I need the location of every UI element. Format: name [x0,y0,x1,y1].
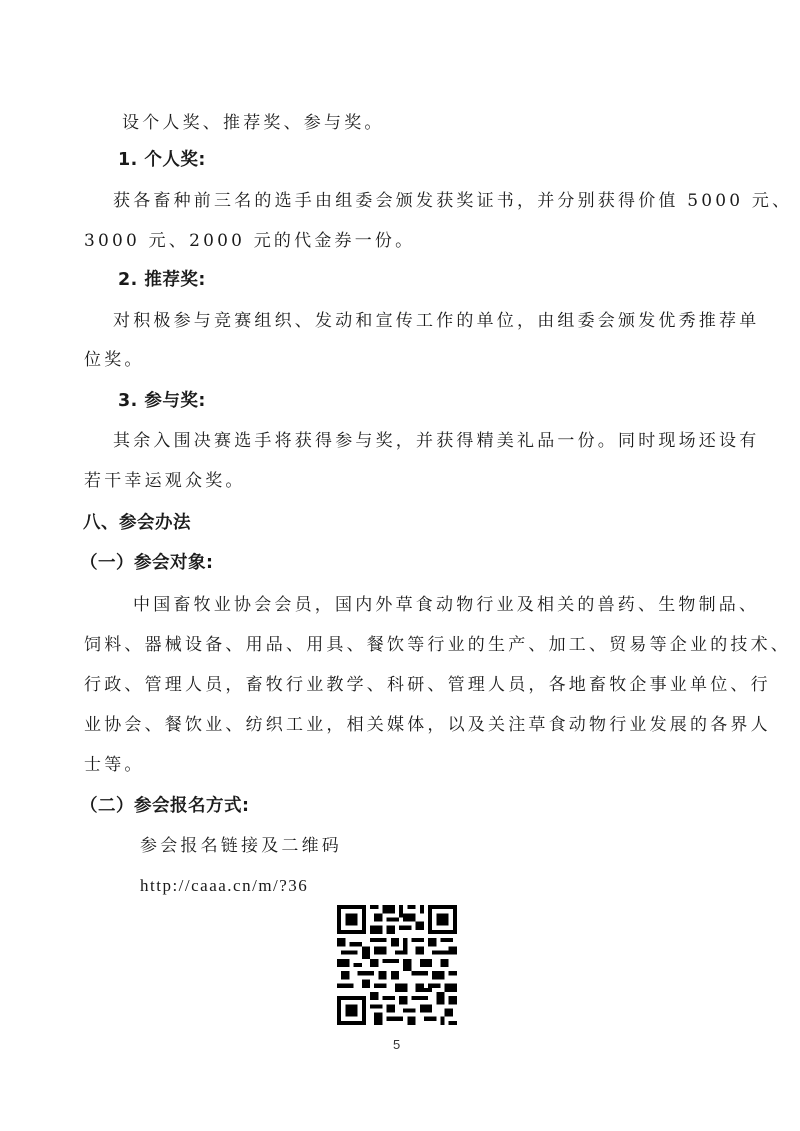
body-text-line: 对积极参与竞赛组织、发动和宣传工作的单位，由组委会颁发优秀推荐单 [113,310,759,332]
body-text-line: 参会报名链接及二维码 [140,835,342,857]
body-text-line: 行政、管理人员，畜牧行业教学、科研、管理人员，各地畜牧企事业单位、行 [84,674,771,696]
section-heading: 2. 推荐奖: [118,269,206,291]
page-number: 5 [393,1037,400,1052]
section-heading: 1. 个人奖: [118,149,206,171]
body-text-line: 若干幸运观众奖。 [84,470,246,492]
body-text-line: 3000 元、2000 元的代金券一份。 [84,230,415,252]
body-text-line: 业协会、餐饮业、纺织工业，相关媒体，以及关注草食动物行业发展的各界人 [84,714,771,736]
section-heading: 3. 参与奖: [118,390,206,412]
body-text-line: 获各畜种前三名的选手由组委会颁发获奖证书，并分别获得价值 5000 元、 [113,190,792,212]
section-heading: （一）参会对象: [80,552,214,574]
section-heading: 八、参会办法 [83,512,191,534]
document-page: 设个人奖、推荐奖、参与奖。1. 个人奖:获各畜种前三名的选手由组委会颁发获奖证书… [0,0,800,1131]
body-text-line: 其余入围决赛选手将获得参与奖，并获得精美礼品一份。同时现场还设有 [113,430,759,452]
body-text-line: 士等。 [84,754,145,776]
registration-link[interactable]: http://caaa.cn/m/?36 [140,875,308,897]
body-text-line: 设个人奖、推荐奖、参与奖。 [122,112,385,134]
body-text-line: 中国畜牧业协会会员，国内外草食动物行业及相关的兽药、生物制品、 [133,594,759,616]
body-text-line: 位奖。 [84,349,145,371]
section-heading: （二）参会报名方式: [80,795,250,817]
body-text-line: 饲料、器械设备、用品、用具、餐饮等行业的生产、加工、贸易等企业的技术、 [84,634,791,656]
registration-qr-code [337,905,457,1025]
